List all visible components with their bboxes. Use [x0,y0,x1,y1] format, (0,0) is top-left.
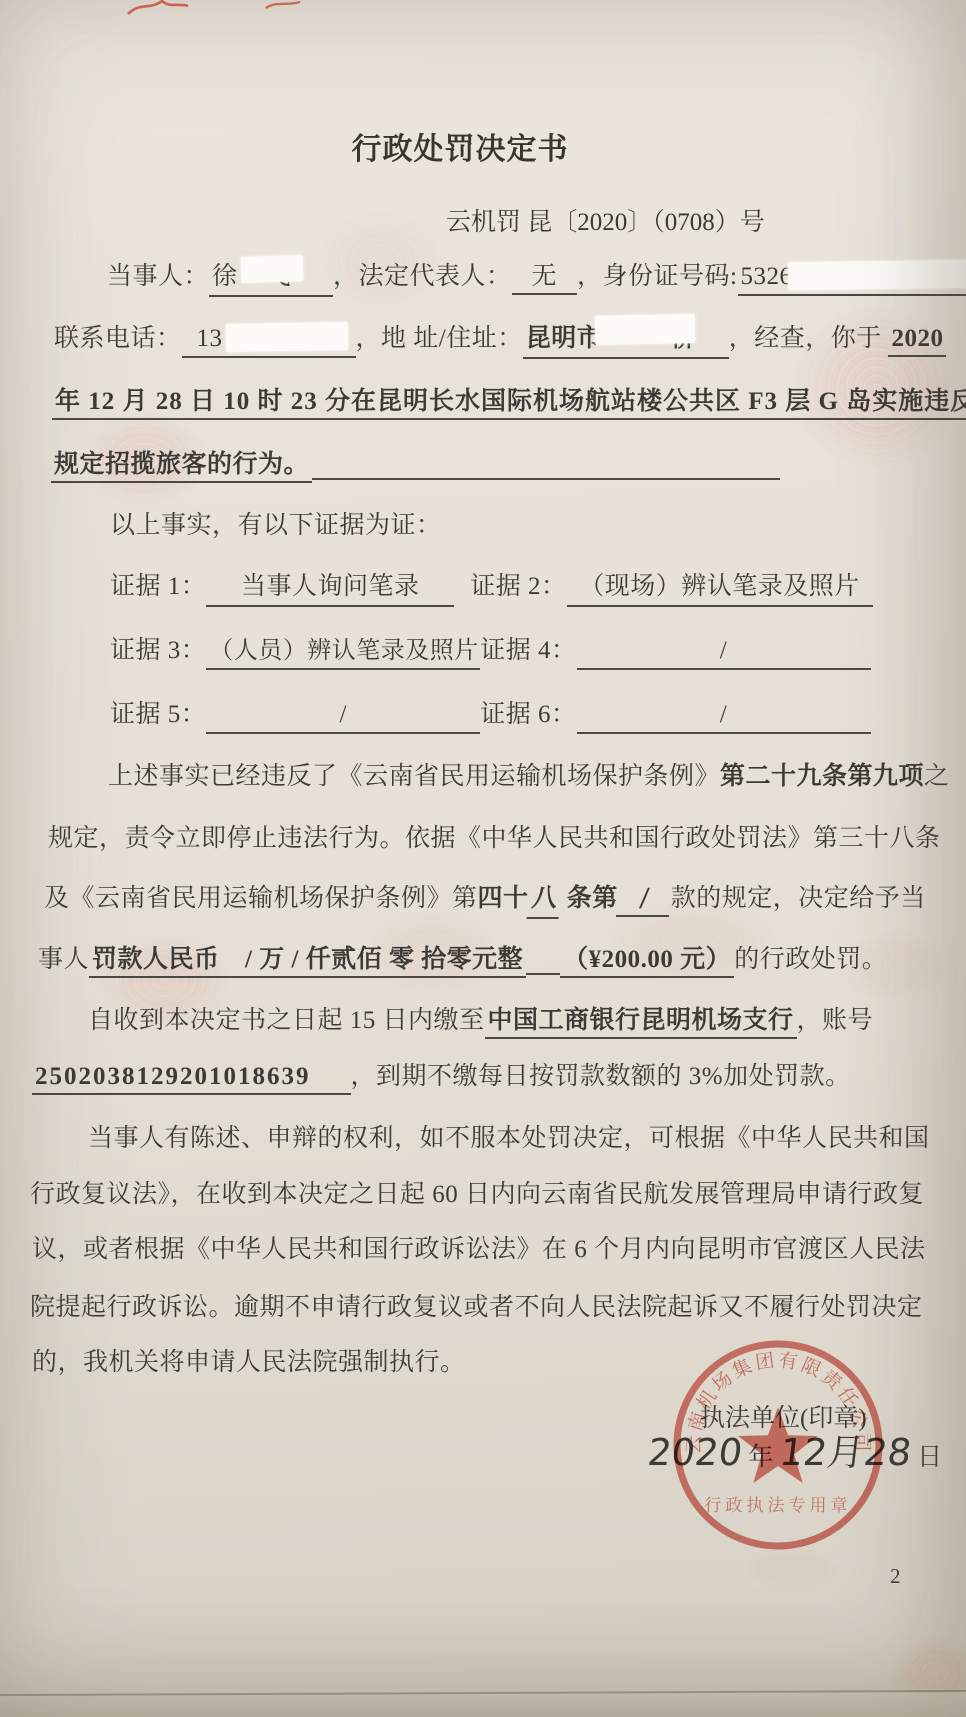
ruling-line-1: 上述事实已经违反了《云南省民用运输机场保护条例》第二十九条第九项之 [108,756,950,792]
evidence-4-value: / [577,637,871,670]
redaction-box [241,255,304,283]
evidence-row-2: 证据 3：（人员）辨认笔录及照片证据 4：/ [110,630,871,670]
phone-label: 联系电话： [54,325,182,352]
paper-edge-shadow [0,1693,966,1717]
page-number: 2 [890,1564,901,1589]
decision-date: 2020 年 12月28 日 [648,1434,942,1473]
id-number-field: 5326 [738,263,966,296]
payment-line-1: 自收到本决定书之日起 15 日内缴至中国工商银行昆明机场支行，账号 [88,1000,873,1036]
party-name-field: 徐飞 [209,256,333,297]
party-label: 当事人： [107,263,209,290]
evidence-row-1: 证据 1：当事人询问笔录证据 2：（现场）辨认笔录及照片 [110,566,873,607]
appeal-line-2: 行政复议法》，在收到本决定之日起 60 日内向云南省民航发展管理局申请行政复 [30,1174,924,1210]
fact-line-2: 年 12 月 28 日 10 时 23 分在昆明长水国际机场航站楼公共区 F3 … [52,381,966,417]
payment-line-2: 2502038129201018639，到期不缴每日按罚款数额的 3%加处罚款。 [32,1056,851,1092]
fact-year: 2020 [888,325,946,357]
bank-name: 中国工商银行昆明机场支行 [485,1007,797,1039]
handwritten-slash: / [616,883,673,917]
photographed-document: 行政处罚决定书 云机罚 昆〔2020〕（0708）号 当事人：徐飞，法定代表人：… [0,0,966,1717]
handwritten-month-day: 12月28 [777,1434,913,1471]
handwritten-clause: 八 [526,878,563,919]
fine-amount-words: 罚款人民币 / 万 / 仟贰佰 零 拾零元整 [89,946,526,978]
legal-rep-field: 无 [512,263,578,295]
redaction-box [787,260,966,291]
fine-amount-figures: （¥200.00 元） [560,946,734,978]
document-number: 云机罚 昆〔2020〕（0708）号 [446,202,765,238]
handwritten-year: 2020 [646,1434,745,1471]
evidence-3-value: （人员）辨认笔录及照片 [206,630,480,670]
evidence-row-3: 证据 5：/证据 6：/ [110,694,871,734]
redaction-box [225,322,347,352]
bank-account-number: 2502038129201018639 [32,1063,351,1095]
blank-underline [312,456,780,480]
ruling-line-4: 事人罚款人民币 / 万 / 仟贰佰 零 拾零元整（¥200.00 元）的行政处罚… [38,939,887,975]
pen-mark [0,0,340,18]
appeal-line-5: 的，我机关将申请人民法院强制执行。 [32,1342,466,1378]
evidence-1-value: 当事人询问笔录 [206,566,454,607]
phone-field: 13 [182,325,356,358]
fingerprint-smudge [742,1545,842,1593]
redaction-box [594,314,694,345]
document-title: 行政处罚决定书 [0,124,920,168]
evidence-6-value: / [577,701,871,734]
party-line: 当事人：徐飞，法定代表人：无，身份证号码:5326， [107,256,966,297]
contact-line: 联系电话：13，地 址/住址：昆明市桥，经查，你于 2020 [54,318,946,359]
appeal-line-3: 议，或者根据《中华人民共和国行政诉讼法》在 6 个月内向昆明市官渡区人民法 [32,1229,926,1265]
stamp-bottom-text: 行政执法专用章 [705,1495,852,1515]
evidence-5-value: / [206,701,480,734]
evidence-intro: 以上事实，有以下证据为证： [110,505,442,541]
address-field: 昆明市桥 [523,318,729,359]
appeal-line-4: 院提起行政诉讼。逾期不申请行政复议或者不向人民法院起诉又不履行处罚决定 [30,1287,923,1323]
appeal-line-1: 当事人有陈述、申辩的权利，如不服本处罚决定，可根据《中华人民共和国 [88,1118,930,1154]
enforcement-unit-label: 执法单位(印章) [700,1398,867,1434]
evidence-2-value: （现场）辨认笔录及照片 [567,566,873,607]
fact-line-3: 规定招揽旅客的行为。 [51,444,780,480]
ruling-line-3: 及《云南省民用运输机场保护条例》第四十八 条第/款的规定，决定给予当 [44,878,926,919]
ruling-line-2: 规定，责令立即停止违法行为。依据《中华人民共和国行政处罚法》第三十八条 [48,818,941,854]
